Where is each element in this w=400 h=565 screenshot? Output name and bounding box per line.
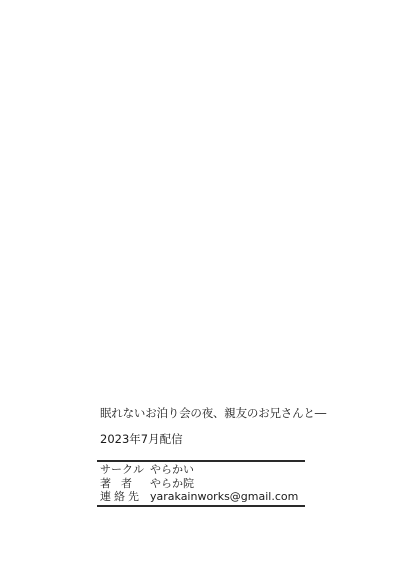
book-title: 眠れないお泊り会の夜、親友のお兄さんと―: [100, 406, 326, 420]
label-char: 者: [121, 477, 132, 491]
label-char: ー: [111, 463, 122, 477]
label-char: ク: [122, 463, 133, 477]
release-date: 2023年7月配信: [100, 432, 183, 446]
label-char: サ: [100, 463, 111, 477]
bottom-divider: [97, 505, 305, 507]
label-char: 絡: [114, 490, 125, 504]
circle-value: やらかい: [150, 463, 194, 477]
label-char: ル: [133, 463, 144, 477]
top-divider: [97, 460, 305, 462]
circle-label: サ ー ク ル: [100, 463, 150, 477]
label-char: 連: [100, 490, 111, 504]
credits-row-author: 著 者 やらか院: [100, 477, 305, 491]
contact-label: 連 絡 先: [100, 490, 150, 504]
author-label: 著 者: [100, 477, 150, 491]
credits-row-contact: 連 絡 先 yarakainworks@gmail.com: [100, 490, 305, 504]
label-char: 先: [128, 490, 139, 504]
credits-row-circle: サ ー ク ル やらかい: [100, 463, 305, 477]
book-back-page: 眠れないお泊り会の夜、親友のお兄さんと― 2023年7月配信 サ ー ク ル や…: [0, 0, 400, 565]
author-value: やらか院: [150, 477, 194, 491]
label-char: 著: [100, 477, 111, 491]
contact-value: yarakainworks@gmail.com: [150, 490, 298, 504]
credits-table: サ ー ク ル やらかい 著 者 やらか院 連 絡: [100, 463, 305, 504]
